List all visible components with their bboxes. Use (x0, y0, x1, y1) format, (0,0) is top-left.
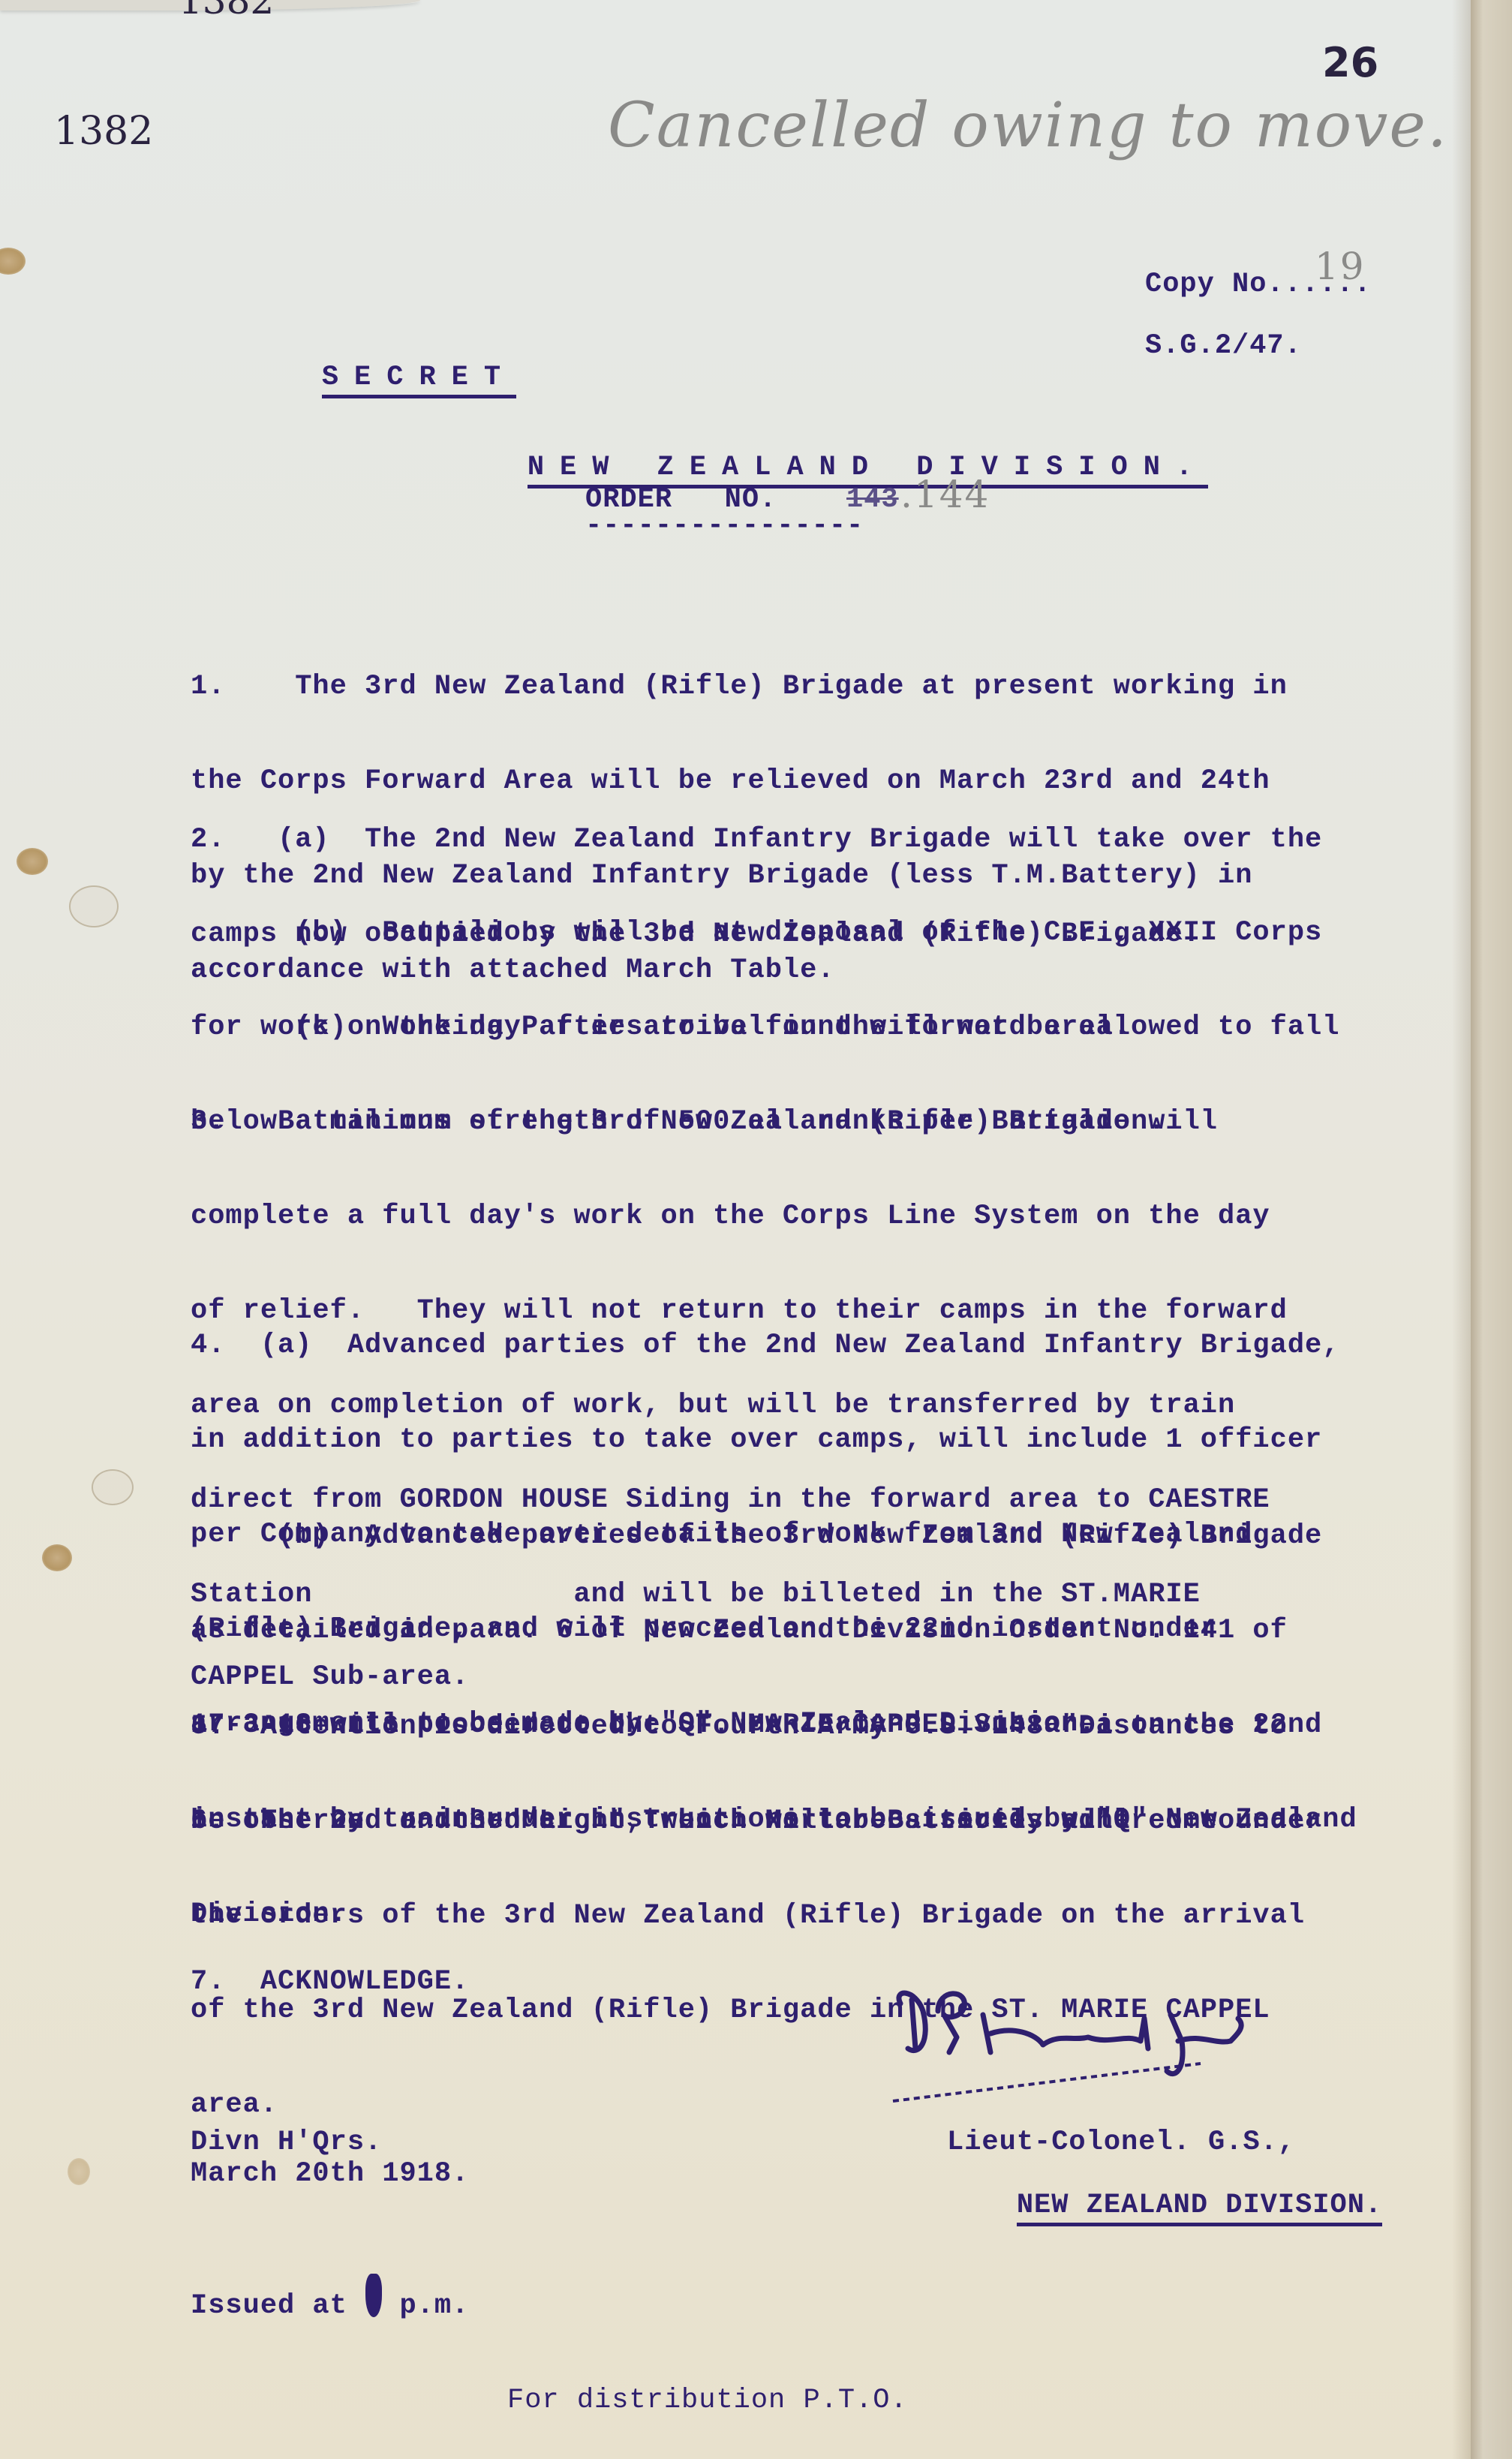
date-line: March 20th 1918. (191, 2158, 469, 2190)
reinforcement-ring (92, 1469, 134, 1505)
punch-hole (17, 848, 48, 875)
text-line: 2. (a) The 2nd New Zealand Infantry Brig… (191, 824, 1322, 855)
signatory-unit-text: NEW ZEALAND DIVISION. (1017, 2190, 1382, 2226)
signature-icon (885, 1974, 1426, 2124)
heading-text: NEW ZEALAND DIVISION. (528, 452, 1208, 488)
text-line: 6. The 2nd and 3rd Light Trench Mortar B… (191, 1805, 1322, 1837)
binding-edge (1471, 0, 1512, 2459)
pencil-annotation: Cancelled owing to move. (608, 90, 1448, 161)
folio-number: 26 (1322, 39, 1378, 86)
document-page: 1382 1382 26 Cancelled owing to move. Co… (0, 0, 1471, 2459)
text-line: complete a full day's work on the Corps … (191, 1201, 1288, 1232)
order-number-pencil: .144 (900, 473, 990, 516)
copy-number-value: 19 (1315, 245, 1366, 288)
text-line: 5. Attention is directed to Fourth Army … (191, 1711, 1288, 1742)
text-line: (b) Advanced parties of the 3rd New Zeal… (191, 1520, 1357, 1552)
text-line: 1. The 3rd New Zealand (Rifle) Brigade a… (191, 671, 1288, 702)
text-line: in addition to parties to take over camp… (191, 1424, 1339, 1456)
archive-stamp-number: 1382 (54, 109, 153, 154)
punch-hole (0, 248, 26, 275)
text-line: (c) Working Parties to be found will not… (191, 1012, 1339, 1043)
reinforcement-ring (69, 885, 119, 927)
classification-label: SECRET (192, 330, 516, 425)
order-number-rule: ---------------- (585, 510, 864, 542)
previous-page-stamp: 1382 (179, 0, 274, 23)
page-shadow (1452, 0, 1471, 2459)
distribution-note: For distribution P.T.O. (507, 2385, 908, 2416)
ink-blot-icon (365, 2274, 382, 2317)
punch-hole (42, 1544, 72, 1571)
signatory-unit: NEW ZEALAND DIVISION. (947, 2158, 1382, 2253)
text-line: as detailed in para. 6 of New Zealand Di… (191, 1615, 1357, 1646)
classification-text: SECRET (322, 362, 516, 398)
headquarters-line: Divn H'Qrs. (191, 2127, 382, 2158)
issued-time-line: Issued at p.m. (191, 2290, 469, 2322)
text-line: (b) Battalions will be at disposal of th… (191, 917, 1322, 948)
text-line: 3. Battalions of the 3rd New Zealand (Ri… (191, 1106, 1288, 1138)
signatory-rank: Lieut-Colonel. G.S., (947, 2127, 1295, 2158)
text-line: 4. (a) Advanced parties of the 2nd New Z… (191, 1330, 1339, 1361)
text-line: 7. ACKNOWLEDGE. (191, 1966, 469, 1998)
file-reference: S.G.2/47. (1145, 330, 1302, 362)
document-heading: NEW ZEALAND DIVISION. (398, 420, 1208, 515)
paragraph-7: 7. ACKNOWLEDGE. (191, 1903, 469, 2061)
punch-hole (68, 2158, 90, 2185)
